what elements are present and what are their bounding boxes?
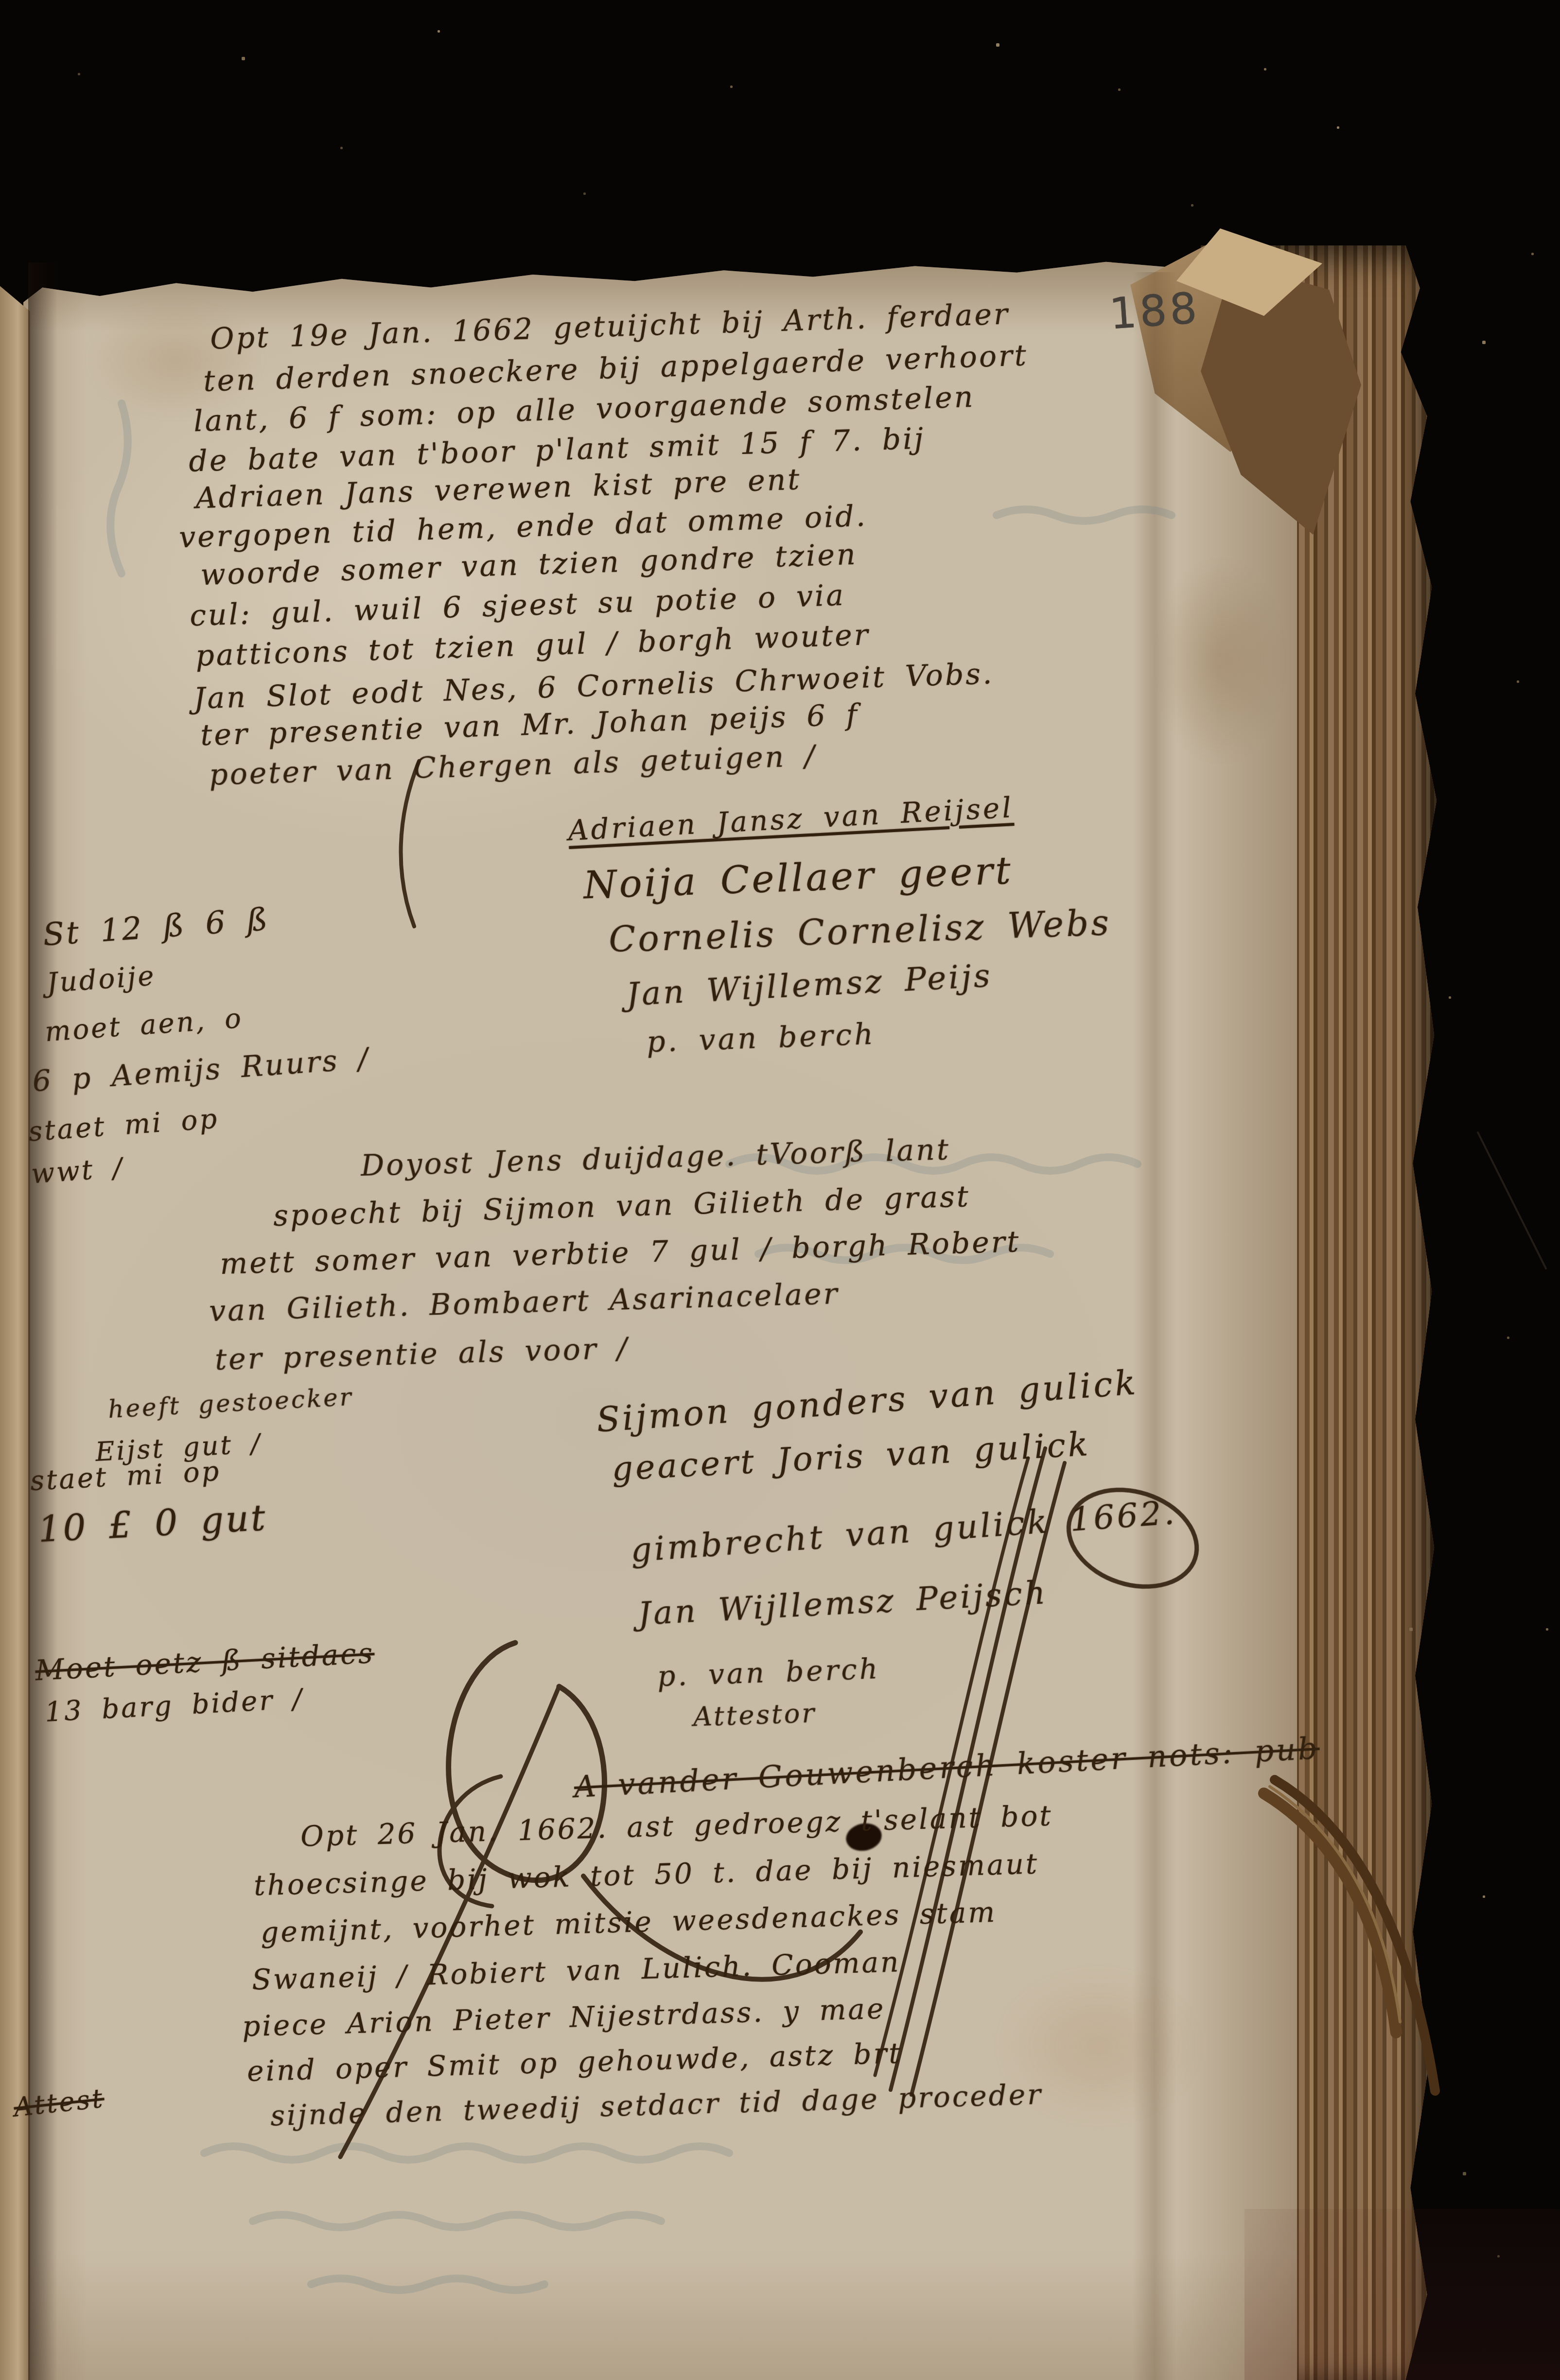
margin-note: wwt / — [30, 1154, 124, 1188]
paper-stain — [1157, 559, 1283, 763]
faint-corner-watermark — [1244, 2209, 1560, 2380]
gutter-shadow — [28, 262, 57, 2380]
manuscript-photo: 188 Opt 19e Jan. 1662 getuijcht bij Arth… — [0, 0, 1560, 2380]
attestation-word: Attestor — [693, 1700, 817, 1731]
dust-specks — [0, 0, 0, 0]
page-number: 188 — [1108, 283, 1202, 339]
previous-page-edge — [0, 265, 30, 2380]
paper-stain — [88, 301, 263, 418]
margin-note: Judoije — [46, 962, 157, 997]
signature: p. van berch — [646, 1020, 876, 1057]
signature: p. van berch — [657, 1654, 880, 1690]
